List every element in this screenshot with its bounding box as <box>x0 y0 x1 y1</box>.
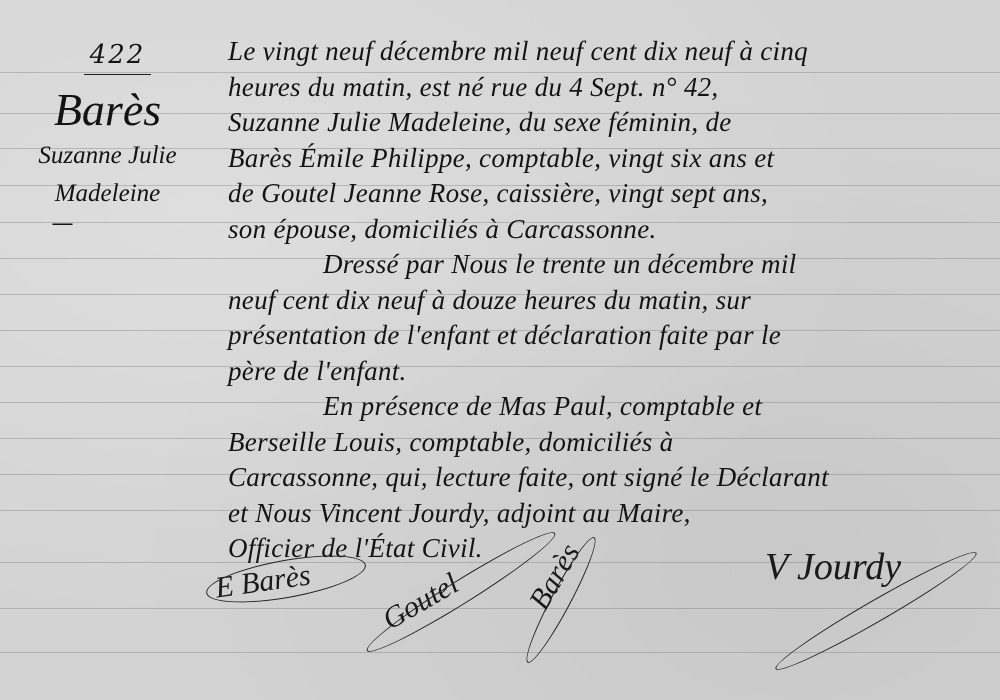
body-line: et Nous Vincent Jourdy, adjoint au Maire… <box>228 496 998 532</box>
body-line: neuf cent dix neuf à douze heures du mat… <box>228 283 998 319</box>
body-line: de Goutel Jeanne Rose, caissière, vingt … <box>228 176 998 212</box>
body-line: Carcassonne, qui, lecture faite, ont sig… <box>228 460 998 496</box>
body-line: Dressé par Nous le trente un décembre mi… <box>228 247 998 283</box>
margin-given-names-2: Madeleine <box>0 177 215 211</box>
body-line: Barès Émile Philippe, comptable, vingt s… <box>228 141 998 177</box>
body-line: Le vingt neuf décembre mil neuf cent dix… <box>228 34 998 70</box>
body-line: présentation de l'enfant et déclaration … <box>228 318 998 354</box>
body-line: heures du matin, est né rue du 4 Sept. n… <box>228 70 998 106</box>
civil-record-page: 422 Barès Suzanne Julie Madeleine — Le v… <box>0 0 1000 700</box>
act-number: 422 <box>84 40 152 75</box>
record-body: Le vingt neuf décembre mil neuf cent dix… <box>228 34 998 567</box>
margin-dash: — <box>0 211 215 236</box>
body-line: son épouse, domiciliés à Carcassonne. <box>228 212 998 248</box>
margin-surname: Barès <box>0 85 215 135</box>
margin-annotation: 422 Barès Suzanne Julie Madeleine — <box>0 40 215 236</box>
body-line: père de l'enfant. <box>228 354 998 390</box>
signature-text: V Jourdy <box>765 546 901 588</box>
signature-officer: V Jourdy <box>765 545 901 589</box>
body-line: En présence de Mas Paul, comptable et <box>228 389 998 425</box>
ruled-line <box>0 652 1000 653</box>
ruled-line <box>0 608 1000 609</box>
body-line: Suzanne Julie Madeleine, du sexe féminin… <box>228 105 998 141</box>
margin-given-names-1: Suzanne Julie <box>0 139 215 173</box>
body-line: Berseille Louis, comptable, domiciliés à <box>228 425 998 461</box>
